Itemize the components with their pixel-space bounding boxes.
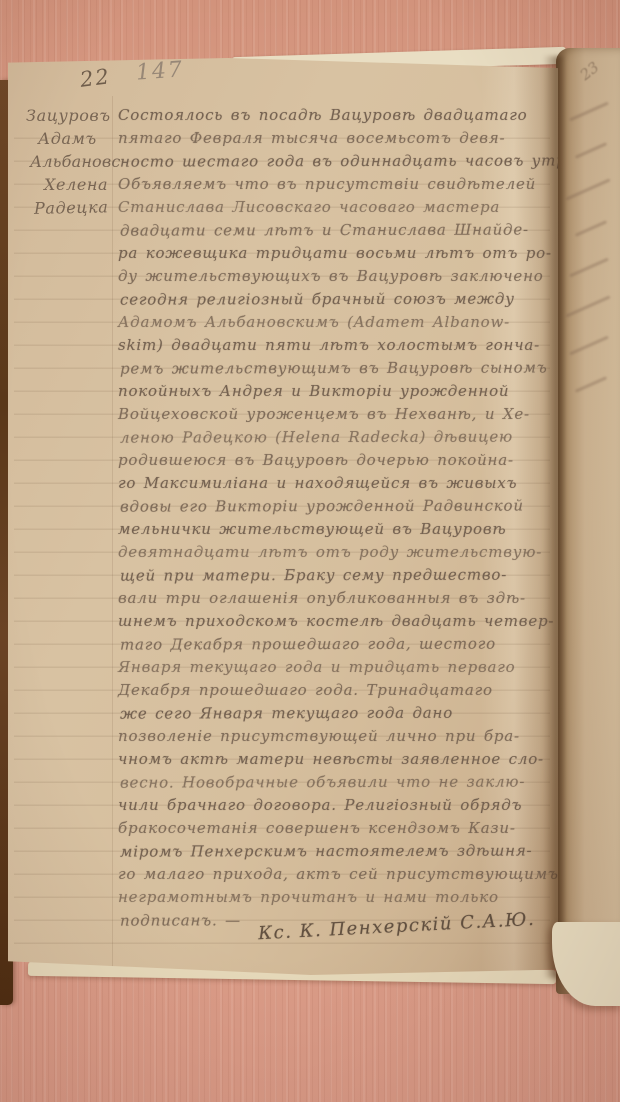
handwritten-line: вдовы его Викторіи урожденной Радвинской: [120, 494, 558, 518]
handwritten-line: щей при матери. Браку сему предшество-: [120, 563, 558, 587]
next-page-faint-text-column: [564, 110, 616, 422]
faint-text-line: [569, 102, 609, 122]
handwritten-line: леною Радецкою (Helena Radecka) дѣвицею: [120, 425, 558, 449]
faint-text-line: [565, 295, 610, 317]
handwritten-line: Адамомъ Альбановскимъ (Adamem Albanow-: [118, 311, 556, 334]
record-body-text: Состоялось въ посадѣ Вацуровѣ двадцатаго…: [118, 104, 556, 932]
faint-text-line: [569, 258, 609, 278]
faint-text-line: [569, 336, 609, 356]
handwritten-line: сегодня религіозный брачный союзъ между: [120, 287, 558, 311]
next-page-number: 23: [576, 58, 602, 84]
margin-entry-names: ЗацуровъАдамъАльбановсХеленаРадецка: [16, 104, 120, 219]
handwritten-line: таго Декабря прошедшаго года, шестого: [120, 632, 558, 656]
handwritten-line: міромъ Пенхерскимъ настоятелемъ здѣшня-: [120, 839, 558, 863]
margin-entry-line: Адамъ: [38, 127, 120, 150]
handwritten-line: го малаго прихода, актъ сей присутствующ…: [118, 863, 556, 886]
handwritten-line: позволеніе присутствующей лично при бра-: [118, 725, 556, 748]
handwritten-line: девятнадцати лѣтъ отъ роду жительствую-: [118, 541, 556, 564]
handwritten-line: родившеюся въ Вацуровѣ дочерью покойна-: [118, 449, 556, 472]
handwritten-line: Декабря прошедшаго года. Тринадцатаго: [118, 679, 556, 702]
handwritten-line: го Максимиліана и находящейся въ живыхъ: [118, 472, 556, 495]
handwritten-line: неграмотнымъ прочитанъ и нами только: [118, 886, 556, 909]
handwritten-line: носто шестаго года въ одиннадцать часовъ…: [120, 149, 558, 173]
handwritten-line: Объявляемъ что въ присутствіи свидѣтелей: [118, 173, 556, 196]
faint-text-line: [565, 178, 610, 200]
handwritten-line: чили брачнаго договора. Религіозный обря…: [118, 794, 556, 817]
margin-entry-line: Альбановс: [30, 150, 120, 173]
handwritten-line: вали три оглашенія опубликованныя въ здѣ…: [118, 587, 556, 610]
handwritten-line: skim) двадцати пяти лѣтъ холостымъ гонча…: [118, 334, 556, 357]
folio-number-pencil: 147: [135, 57, 185, 85]
handwritten-line: ду жительствующихъ въ Вацуровѣ заключено: [118, 265, 556, 288]
handwritten-line: покойныхъ Андрея и Викторіи урожденной: [118, 380, 556, 403]
photo-of-archival-register: 23 22 147 ЗацуровъАдамъАльбановсХеленаРа…: [0, 0, 620, 1102]
handwritten-line: мельнички жительствующей въ Вацуровѣ: [118, 518, 556, 541]
faint-text-line: [575, 142, 607, 159]
record-number: 22: [79, 64, 112, 92]
handwritten-line: Состоялось въ посадѣ Вацуровѣ двадцатаго: [118, 104, 556, 127]
handwritten-line: чномъ актѣ матери невѣсты заявленное сло…: [118, 748, 556, 771]
handwritten-line: же сего Января текущаго года дано: [120, 701, 558, 725]
margin-entry-line: Зацуровъ: [26, 104, 120, 127]
handwritten-line: Января текущаго года и тридцать перваго: [118, 656, 556, 679]
handwritten-line: ра кожевщика тридцати восьми лѣтъ отъ ро…: [118, 242, 556, 265]
handwritten-line: двадцати семи лѣтъ и Станислава Шнайде-: [120, 218, 558, 242]
manuscript-page: 22 147 ЗацуровъАдамъАльбановсХеленаРадец…: [8, 58, 558, 975]
handwritten-line: пятаго Февраля тысяча восемьсотъ девя-: [118, 127, 556, 150]
handwritten-line: ремъ жительствующимъ въ Вацуровѣ сыномъ: [120, 356, 558, 380]
handwritten-line: Станислава Лисовскаго часоваго мастера: [118, 196, 556, 219]
handwritten-line: шнемъ приходскомъ костелѣ двадцать четве…: [118, 610, 556, 633]
margin-entry-line: Радецка: [34, 195, 120, 220]
handwritten-line: весно. Новобрачные объявили что не заклю…: [120, 770, 558, 794]
margin-fold-line: [112, 96, 113, 976]
handwritten-line: Войцеховской уроженцемъ въ Нехванѣ, и Хе…: [118, 403, 556, 426]
handwritten-line: бракосочетанія совершенъ ксендзомъ Кази-: [118, 817, 556, 840]
faint-text-line: [575, 376, 607, 393]
faint-text-line: [575, 220, 607, 237]
next-book-page: 23: [556, 48, 620, 994]
margin-entry-line: Хелена: [44, 173, 120, 196]
